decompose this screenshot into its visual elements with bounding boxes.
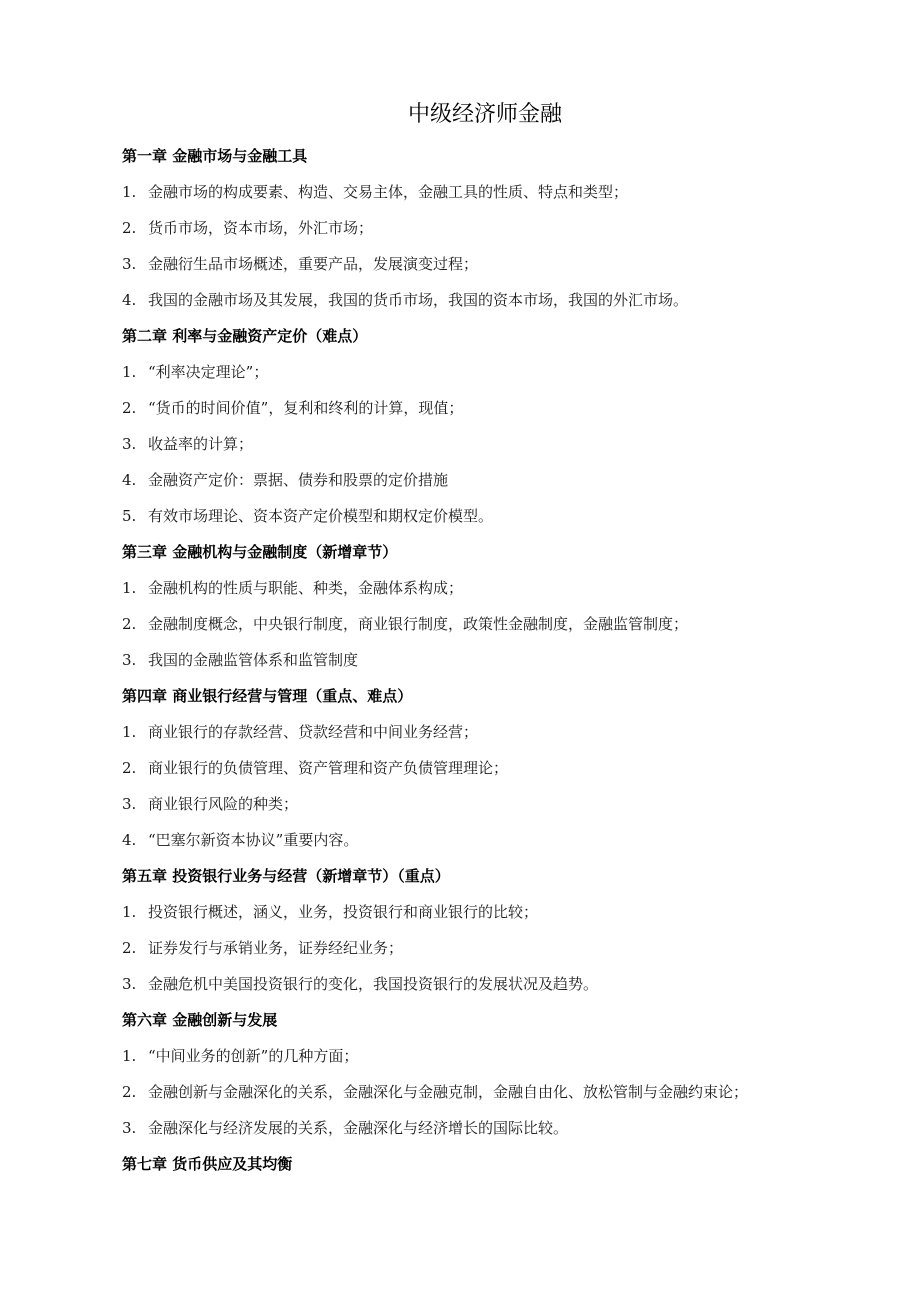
document-body: 第一章 金融市场与金融工具 1.金融市场的构成要素、构造、交易主体，金融工具的性…: [122, 144, 842, 1188]
item-text: 金融创新与金融深化的关系，金融深化与金融克制，金融自由化、放松管制与金融约束论；: [148, 1083, 748, 1101]
chapter-2: 第二章 利率与金融资产定价（难点） 1.“利率决定理论”； 2.“货币的时间价值…: [122, 324, 842, 540]
item-number: 4.: [122, 468, 148, 492]
list-item: 3.我国的金融监管体系和监管制度: [122, 648, 842, 684]
item-text: “中间业务的创新”的几种方面；: [148, 1047, 358, 1065]
item-number: 1.: [122, 1044, 148, 1068]
item-number: 2.: [122, 612, 148, 636]
chapter-heading: 第七章 货币供应及其均衡: [122, 1152, 842, 1188]
item-number: 2.: [122, 396, 148, 420]
item-text: 证券发行与承销业务，证券经纪业务；: [148, 939, 403, 957]
item-number: 1.: [122, 576, 148, 600]
item-number: 1.: [122, 180, 148, 204]
item-text: 有效市场理论、资本资产定价模型和期权定价模型。: [148, 507, 493, 525]
list-item: 4.我国的金融市场及其发展，我国的货币市场，我国的资本市场，我国的外汇市场。: [122, 288, 842, 324]
document-title: 中级经济师金融: [0, 97, 920, 128]
list-item: 3.金融深化与经济发展的关系，金融深化与经济增长的国际比较。: [122, 1116, 842, 1152]
item-number: 2.: [122, 756, 148, 780]
item-number: 3.: [122, 252, 148, 276]
chapter-heading: 第一章 金融市场与金融工具: [122, 144, 842, 180]
item-text: 收益率的计算；: [148, 435, 253, 453]
item-number: 3.: [122, 432, 148, 456]
chapter-heading: 第六章 金融创新与发展: [122, 1008, 842, 1044]
item-text: “货币的时间价值”，复利和终利的计算，现值；: [148, 399, 463, 417]
item-text: 金融危机中美国投资银行的变化，我国投资银行的发展状况及趋势。: [148, 975, 598, 993]
list-item: 4.金融资产定价：票据、债券和股票的定价措施: [122, 468, 842, 504]
list-item: 2.金融制度概念，中央银行制度，商业银行制度，政策性金融制度，金融监管制度；: [122, 612, 842, 648]
item-number: 3.: [122, 792, 148, 816]
item-number: 1.: [122, 360, 148, 384]
list-item: 1.“利率决定理论”；: [122, 360, 842, 396]
item-text: 金融市场的构成要素、构造、交易主体，金融工具的性质、特点和类型；: [148, 183, 628, 201]
item-text: 金融制度概念，中央银行制度，商业银行制度，政策性金融制度，金融监管制度；: [148, 615, 688, 633]
item-number: 1.: [122, 720, 148, 744]
chapter-5: 第五章 投资银行业务与经营（新增章节）（重点） 1.投资银行概述，涵义，业务，投…: [122, 864, 842, 1008]
list-item: 1.商业银行的存款经营、贷款经营和中间业务经营；: [122, 720, 842, 756]
item-text: 商业银行的存款经营、贷款经营和中间业务经营；: [148, 723, 478, 741]
item-number: 2.: [122, 1080, 148, 1104]
item-number: 4.: [122, 288, 148, 312]
list-item: 3.金融危机中美国投资银行的变化，我国投资银行的发展状况及趋势。: [122, 972, 842, 1008]
chapter-4: 第四章 商业银行经营与管理（重点、难点） 1.商业银行的存款经营、贷款经营和中间…: [122, 684, 842, 864]
chapter-1: 第一章 金融市场与金融工具 1.金融市场的构成要素、构造、交易主体，金融工具的性…: [122, 144, 842, 324]
item-text: 金融机构的性质与职能、种类，金融体系构成；: [148, 579, 463, 597]
list-item: 3.金融衍生品市场概述，重要产品，发展演变过程；: [122, 252, 842, 288]
list-item: 2.金融创新与金融深化的关系，金融深化与金融克制，金融自由化、放松管制与金融约束…: [122, 1080, 842, 1116]
item-number: 5.: [122, 504, 148, 528]
chapter-7: 第七章 货币供应及其均衡: [122, 1152, 842, 1188]
item-text: “利率决定理论”；: [148, 363, 268, 381]
list-item: 1.投资银行概述，涵义，业务，投资银行和商业银行的比较；: [122, 900, 842, 936]
item-number: 2.: [122, 936, 148, 960]
chapter-heading: 第二章 利率与金融资产定价（难点）: [122, 324, 842, 360]
item-text: 我国的金融监管体系和监管制度: [148, 651, 358, 669]
item-number: 4.: [122, 828, 148, 852]
list-item: 2.“货币的时间价值”，复利和终利的计算，现值；: [122, 396, 842, 432]
chapter-3: 第三章 金融机构与金融制度（新增章节） 1.金融机构的性质与职能、种类，金融体系…: [122, 540, 842, 684]
document-page: 中级经济师金融 第一章 金融市场与金融工具 1.金融市场的构成要素、构造、交易主…: [0, 0, 920, 1302]
list-item: 4.“巴塞尔新资本协议”重要内容。: [122, 828, 842, 864]
list-item: 5.有效市场理论、资本资产定价模型和期权定价模型。: [122, 504, 842, 540]
item-text: 金融资产定价：票据、债券和股票的定价措施: [148, 471, 448, 489]
item-text: “巴塞尔新资本协议”重要内容。: [148, 831, 358, 849]
item-text: 商业银行风险的种类；: [148, 795, 298, 813]
list-item: 1.金融市场的构成要素、构造、交易主体，金融工具的性质、特点和类型；: [122, 180, 842, 216]
item-text: 金融深化与经济发展的关系，金融深化与经济增长的国际比较。: [148, 1119, 568, 1137]
list-item: 3.收益率的计算；: [122, 432, 842, 468]
item-number: 1.: [122, 900, 148, 924]
item-text: 投资银行概述，涵义，业务，投资银行和商业银行的比较；: [148, 903, 538, 921]
chapter-heading: 第三章 金融机构与金融制度（新增章节）: [122, 540, 842, 576]
item-number: 3.: [122, 972, 148, 996]
item-number: 3.: [122, 1116, 148, 1140]
item-text: 商业银行的负债管理、资产管理和资产负债管理理论；: [148, 759, 508, 777]
item-number: 3.: [122, 648, 148, 672]
list-item: 1.“中间业务的创新”的几种方面；: [122, 1044, 842, 1080]
list-item: 2.证券发行与承销业务，证券经纪业务；: [122, 936, 842, 972]
item-text: 金融衍生品市场概述，重要产品，发展演变过程；: [148, 255, 478, 273]
item-text: 货币市场，资本市场，外汇市场；: [148, 219, 373, 237]
list-item: 1.金融机构的性质与职能、种类，金融体系构成；: [122, 576, 842, 612]
list-item: 2.商业银行的负债管理、资产管理和资产负债管理理论；: [122, 756, 842, 792]
list-item: 3.商业银行风险的种类；: [122, 792, 842, 828]
chapter-6: 第六章 金融创新与发展 1.“中间业务的创新”的几种方面； 2.金融创新与金融深…: [122, 1008, 842, 1152]
list-item: 2.货币市场，资本市场，外汇市场；: [122, 216, 842, 252]
item-number: 2.: [122, 216, 148, 240]
item-text: 我国的金融市场及其发展，我国的货币市场，我国的资本市场，我国的外汇市场。: [148, 291, 688, 309]
chapter-heading: 第四章 商业银行经营与管理（重点、难点）: [122, 684, 842, 720]
chapter-heading: 第五章 投资银行业务与经营（新增章节）（重点）: [122, 864, 842, 900]
